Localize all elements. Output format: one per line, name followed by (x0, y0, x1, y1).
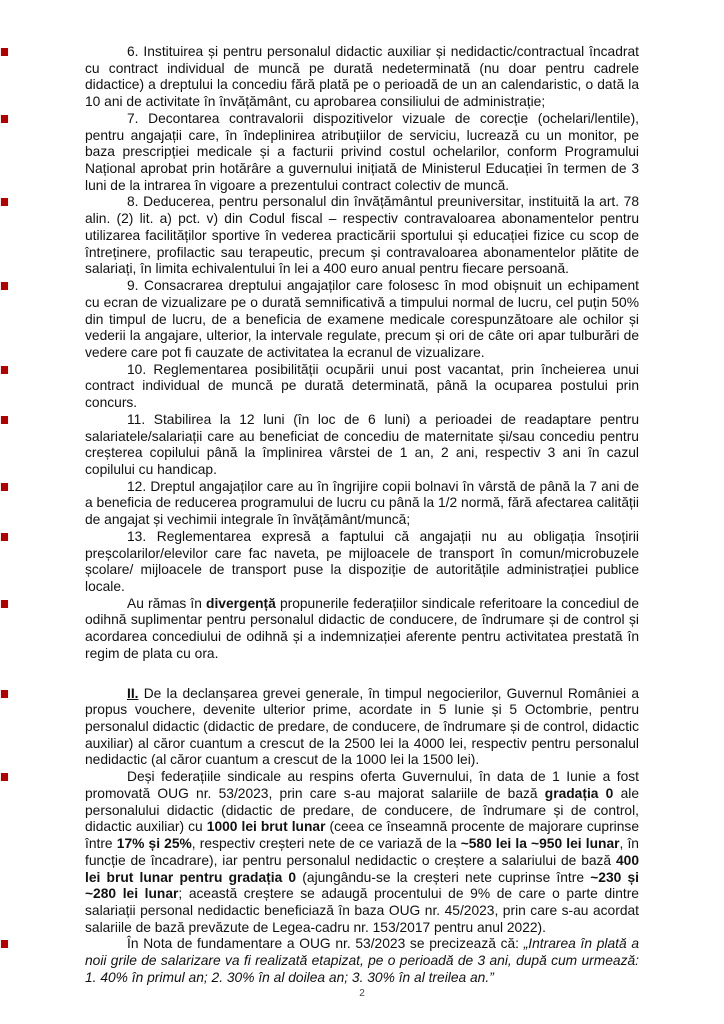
margin-revision-mark (1, 600, 8, 608)
text-run: 13. Reglementarea expresă a faptului că … (85, 529, 639, 594)
paragraph: 9. Consacrarea dreptului angajaților car… (85, 278, 639, 362)
text-run: De la declanșarea grevei generale, în ti… (85, 686, 639, 768)
text-run: 12. Dreptul angajaților care au în îngri… (85, 479, 639, 527)
text-run: 10. Reglementarea posibilității ocupării… (85, 362, 639, 410)
document-page: 6. Instituirea și pentru personalul dida… (0, 0, 724, 1024)
margin-revision-mark (1, 366, 8, 374)
margin-revision-mark (1, 940, 8, 948)
paragraph: 7. Decontarea contravalorii dispozitivel… (85, 111, 639, 195)
text-run: divergență (206, 596, 276, 611)
text-run: 17% și 25% (117, 836, 192, 851)
paragraph: 11. Stabilirea la 12 luni (în loc de 6 l… (85, 412, 639, 479)
margin-revision-mark (1, 198, 8, 206)
margin-revision-mark (1, 690, 8, 698)
text-run: II. (127, 686, 139, 701)
paragraph: Au rămas în divergență propunerile feder… (85, 596, 639, 663)
margin-revision-mark (1, 483, 8, 491)
paragraph: 10. Reglementarea posibilității ocupării… (85, 362, 639, 412)
text-run: 8. Deducerea, pentru personalul din învă… (85, 194, 639, 276)
margin-revision-mark (1, 48, 8, 56)
margin-revision-mark (1, 533, 8, 541)
paragraph-spacer (85, 663, 639, 686)
margin-revision-mark (1, 282, 8, 290)
paragraph: 13. Reglementarea expresă a faptului că … (85, 529, 639, 596)
text-run: 1000 lei brut lunar (207, 819, 326, 834)
margin-revision-mark (1, 773, 8, 781)
paragraph: Deși federațiile sindicale au respins of… (85, 769, 639, 936)
page-number: 2 (0, 988, 724, 999)
text-run: 11. Stabilirea la 12 luni (în loc de 6 l… (85, 412, 639, 477)
text-run: ~580 lei la ~950 lei lunar (461, 836, 620, 851)
text-run: 7. Decontarea contravalorii dispozitivel… (85, 111, 639, 193)
text-run: 9. Consacrarea dreptului angajaților car… (85, 278, 639, 360)
text-run: , respectiv creșteri nete de ce variază … (192, 836, 461, 851)
text-run: 6. Instituirea și pentru personalul dida… (85, 44, 639, 109)
margin-revision-mark (1, 416, 8, 424)
document-body: 6. Instituirea și pentru personalul dida… (85, 44, 639, 987)
margin-revision-mark (1, 115, 8, 123)
paragraph: II. De la declanșarea grevei generale, î… (85, 686, 639, 770)
text-run: (ajungându-se la creșteri nete cuprinse … (296, 870, 590, 885)
paragraph: 6. Instituirea și pentru personalul dida… (85, 44, 639, 111)
text-run: Au rămas în (127, 596, 206, 611)
text-run: În Nota de fundamentare a OUG nr. 53/202… (127, 936, 524, 951)
paragraph: 8. Deducerea, pentru personalul din învă… (85, 194, 639, 278)
text-run: gradația 0 (545, 786, 614, 801)
paragraph: În Nota de fundamentare a OUG nr. 53/202… (85, 936, 639, 986)
paragraph: 12. Dreptul angajaților care au în îngri… (85, 479, 639, 529)
